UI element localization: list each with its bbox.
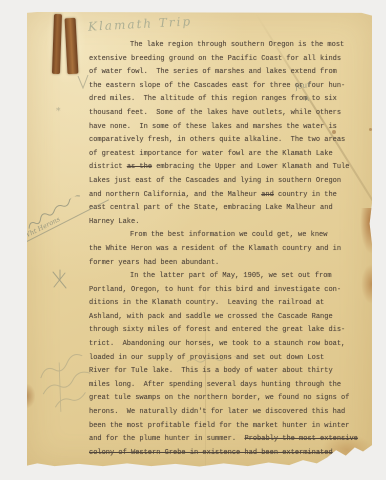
typed-line: district as the embracing the Upper and … (89, 161, 357, 175)
edge-stain (25, 384, 35, 408)
fox-spot (369, 128, 372, 131)
scan-background: The lake region through southern Oregon … (0, 0, 386, 480)
pencil-check-mark-icon (75, 72, 91, 92)
typed-line: In the latter part of May, 1905, we set … (89, 270, 357, 284)
typed-line: great tule swamps on the northern border… (89, 392, 357, 406)
typed-line: extensive breeding ground on the Pacific… (89, 53, 357, 67)
handwritten-title-note: Klamath Trip (88, 14, 193, 33)
typed-line: of water fowl. The series of marshes and… (89, 66, 357, 80)
typed-line: the eastern slope of the Cascades east f… (89, 80, 357, 94)
typed-line: miles long. After spending several days … (89, 379, 357, 393)
typed-line: Ashland, with pack and saddle we crossed… (89, 311, 357, 325)
typed-line: the White Heron was a resident of the Kl… (89, 243, 357, 257)
typed-line: dred miles. The altitude of this region … (89, 93, 357, 107)
typed-line: Harney Lake. (89, 216, 357, 230)
typed-line: Lakes just east of the Cascades and lyin… (89, 175, 357, 189)
typed-text-block: The lake region through southern Oregon … (89, 39, 357, 460)
typed-line: comparatively fresh, in others quite alk… (89, 134, 357, 148)
typed-line: former years had been abundant. (89, 257, 357, 271)
pencil-scribble-icon (185, 356, 281, 366)
typed-line: colony of Western Grebe in existence had… (89, 447, 357, 461)
typed-line: Portland, Oregon, to hunt for this bird … (89, 284, 357, 298)
typed-line: through sixty miles of forest and entere… (89, 324, 357, 338)
typed-line: have none. In some of these lakes and ma… (89, 121, 357, 135)
typed-line: The lake region through southern Oregon … (89, 39, 357, 53)
pencil-asterisk-mark: * (56, 107, 61, 117)
typed-line: and northern California, and the Malheur… (89, 189, 357, 203)
typed-line: River for Tule lake. This is a body of w… (89, 365, 357, 379)
pencil-insert-caret: ∧ (304, 94, 310, 103)
typed-line: east central part of the State, embracin… (89, 202, 357, 216)
edge-stain (361, 264, 373, 304)
typed-line: thousand feet. Some of the lakes have ou… (89, 107, 357, 121)
typed-line: and for the plume hunter in summer. Prob… (89, 433, 357, 447)
pencil-x-mark-icon (50, 268, 70, 292)
manuscript-page: The lake region through southern Oregon … (27, 12, 372, 467)
typed-line: From the best information we could get, … (89, 229, 357, 243)
typed-line: ditions in the Klamath country. Leaving … (89, 297, 357, 311)
typed-line: been the most profitable field for the m… (89, 420, 357, 434)
typed-line: of greatest importance for water fowl ar… (89, 148, 357, 162)
typed-line: trict. Abandoning our horses, we took to… (89, 338, 357, 352)
typed-line: herons. We naturally didn't for later we… (89, 406, 357, 420)
edge-stain (360, 208, 373, 254)
